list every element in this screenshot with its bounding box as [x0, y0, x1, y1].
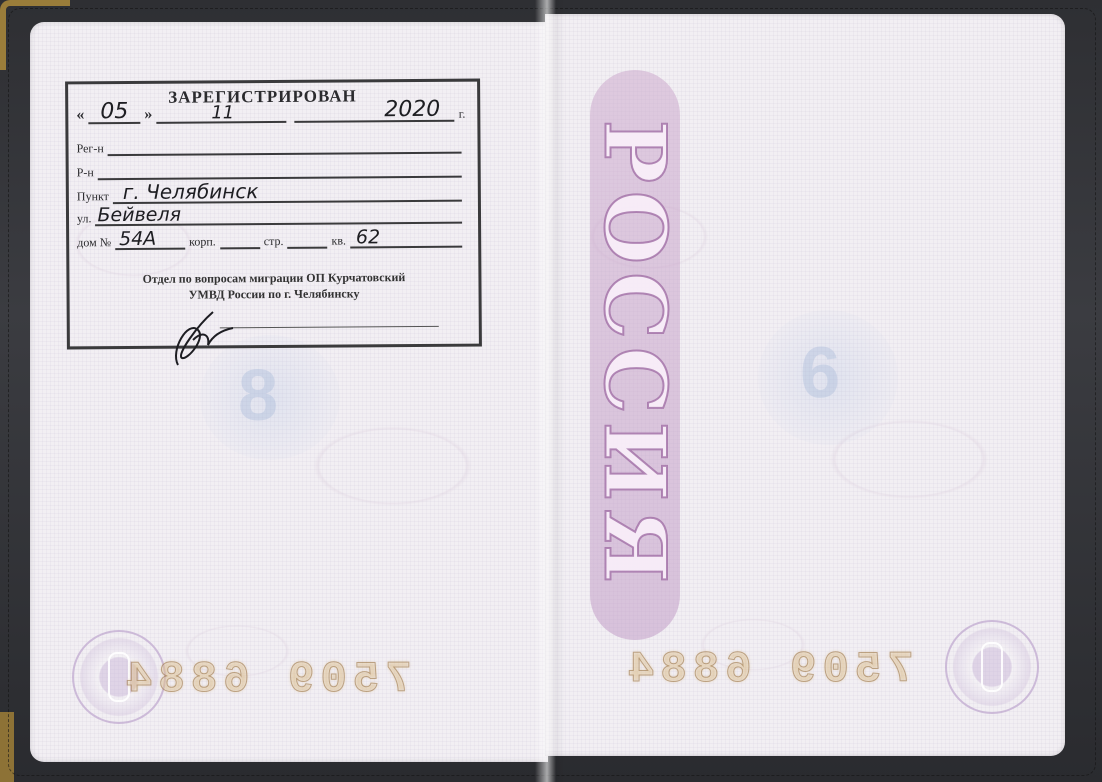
street-value: Бейвеля [97, 204, 181, 227]
page-number-left: 8 [238, 355, 278, 437]
stamp-date-row: « 05 » 11 2020 г. [76, 104, 465, 125]
quote-close: » [144, 106, 152, 124]
quote-open: « [76, 106, 84, 124]
house-value: 54А [119, 228, 156, 250]
year-line: 2020 [294, 106, 455, 123]
structure-label: стр. [264, 234, 284, 249]
house-line: 54А [115, 234, 185, 250]
house-label: дом № [77, 235, 111, 250]
structure-line [287, 233, 327, 249]
stamp-address-row: дом № 54А корп. стр. кв. 62 [77, 232, 466, 251]
year-value: 2020 [384, 97, 440, 122]
locality-label: Пункт [77, 189, 109, 204]
month-line: 11 [156, 107, 286, 124]
year-suffix: г. [459, 107, 466, 122]
perforated-number-left: 7509 6884 [120, 655, 412, 705]
spine [535, 0, 565, 782]
street-label: ул. [77, 211, 92, 226]
ornament-text: РОССИЯ [586, 119, 685, 591]
district-line [98, 162, 462, 181]
stamp-street-row: ул. Бейвеля [77, 208, 466, 227]
issuer-line-1: Отдел по вопросам миграции ОП Курчатовск… [79, 270, 468, 288]
street-line: Бейвеля [95, 208, 462, 227]
apartment-value: 62 [356, 226, 380, 248]
page-number-right: 9 [800, 330, 840, 412]
building-line [220, 233, 260, 249]
region-label: Рег-н [76, 141, 103, 156]
signature [168, 300, 238, 370]
month-value: 11 [211, 102, 234, 123]
building-label: корп. [189, 234, 216, 249]
day-line: 05 [88, 108, 140, 124]
russia-ornament: РОССИЯ [590, 70, 680, 640]
region-line [108, 138, 462, 156]
locality-value: г. Челябинск [123, 179, 259, 204]
stamp-locality-row: Пункт г. Челябинск [77, 186, 466, 205]
locality-line: г. Челябинск [113, 186, 462, 204]
stamp-region-row: Рег-н [76, 138, 465, 157]
issuer-line-2: УМВД России по г. Челябинску [80, 286, 469, 304]
stamp-district-row: Р-н [77, 162, 466, 181]
apartment-line: 62 [350, 232, 462, 249]
day-value: 05 [100, 99, 128, 124]
registration-stamp: ЗАРЕГИСТРИРОВАН « 05 » 11 2020 г. Рег-н … [65, 79, 482, 350]
signature-line [220, 326, 439, 329]
rosette-right [945, 620, 1039, 714]
district-label: Р-н [77, 165, 94, 180]
apartment-label: кв. [331, 233, 346, 248]
perforated-number-right: 7509 6884 [622, 645, 914, 695]
